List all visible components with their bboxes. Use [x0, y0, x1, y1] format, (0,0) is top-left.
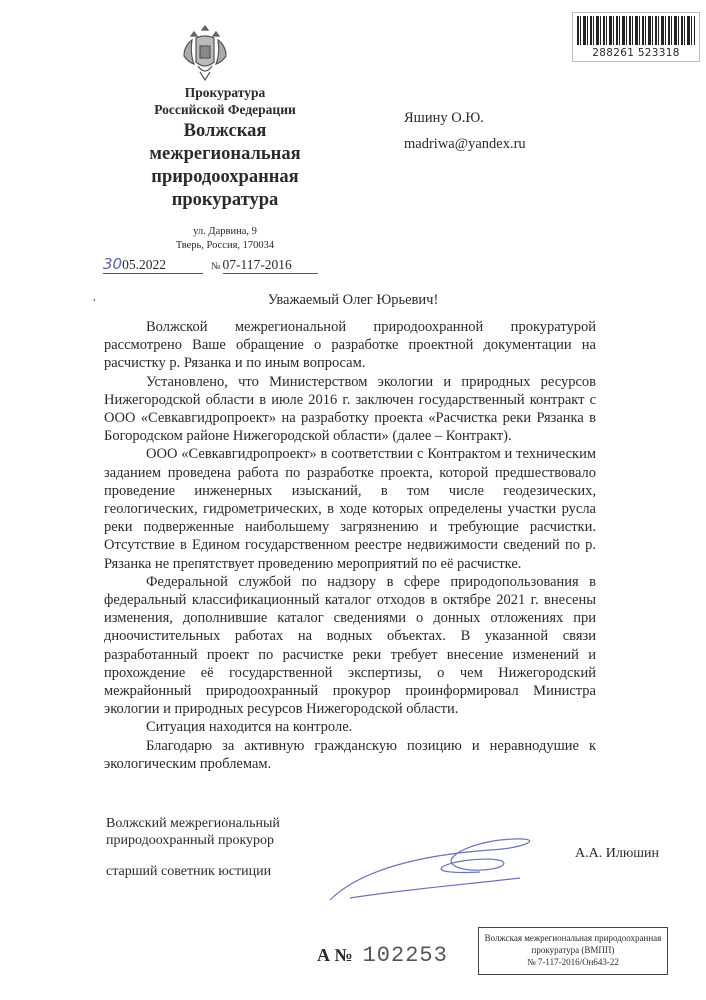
coat-of-arms-icon: [180, 22, 230, 84]
letter-body: Волжской межрегиональной природоохранной…: [104, 318, 596, 773]
handwritten-day: 30: [103, 255, 122, 273]
paragraph: Федеральной службой по надзору в сфере п…: [104, 573, 596, 719]
org-line: Российской Федерации: [100, 101, 350, 118]
number-sign: №: [211, 261, 221, 272]
signatory-title: природоохранный прокурор: [106, 832, 280, 849]
dept-line: межрегиональная: [100, 143, 350, 166]
address-street: ул. Дарвина, 9: [100, 225, 350, 239]
paragraph: Установлено, что Министерством экологии …: [104, 373, 596, 446]
dept-line: Волжская: [100, 120, 350, 143]
org-header: Прокуратура Российской Федерации: [100, 84, 350, 118]
paragraph: Ситуация находится на контроле.: [104, 718, 596, 736]
recipient-email: madriwa@yandex.ru: [404, 131, 526, 157]
paragraph: Благодарю за активную гражданскую позици…: [104, 737, 596, 773]
stamp-line: прокуратура (ВМПП): [479, 944, 667, 956]
date-number-line: 3005.2022№07-117-2016: [103, 255, 323, 274]
paragraph: ООО «Севкавгидропроект» в соответствии с…: [104, 445, 596, 572]
signatory-block: Волжский межрегиональный природоохранный…: [106, 815, 280, 880]
handwritten-signature: [320, 830, 580, 910]
address-city: Тверь, Россия, 170034: [100, 239, 350, 253]
signatory-rank: старший советник юстиции: [106, 863, 280, 880]
registration-number: А №102253: [317, 943, 448, 968]
signatory-name: А.А. Илюшин: [575, 846, 659, 862]
dept-line: природоохранная: [100, 166, 350, 189]
signatory-title: Волжский межрегиональный: [106, 815, 280, 832]
dept-line: прокуратура: [100, 189, 350, 212]
stamp-line: № 7-117-2016/Он643-22: [479, 956, 667, 968]
paragraph: Волжской межрегиональной природоохранной…: [104, 318, 596, 373]
barcode: 288261 523318: [572, 12, 700, 62]
registration-stamp: Волжская межрегиональная природоохранная…: [478, 927, 668, 975]
barcode-number: 288261 523318: [573, 47, 699, 59]
greeting: Уважаемый Олег Юрьевич!: [0, 292, 706, 309]
printed-date: 05.2022: [122, 257, 166, 272]
reg-number: 102253: [363, 943, 448, 968]
stamp-line: Волжская межрегиональная природоохранная: [479, 932, 667, 944]
dept-header: Волжская межрегиональная природоохранная…: [100, 120, 350, 212]
barcode-bars: [577, 16, 695, 45]
org-address: ул. Дарвина, 9 Тверь, Россия, 170034: [100, 225, 350, 253]
reg-prefix: А №: [317, 945, 353, 965]
recipient-block: Яшину О.Ю. madriwa@yandex.ru: [404, 105, 526, 157]
outgoing-number: 07-117-2016: [223, 257, 318, 274]
recipient-name: Яшину О.Ю.: [404, 105, 526, 131]
date-field: 3005.2022: [103, 255, 203, 274]
org-line: Прокуратура: [100, 84, 350, 101]
